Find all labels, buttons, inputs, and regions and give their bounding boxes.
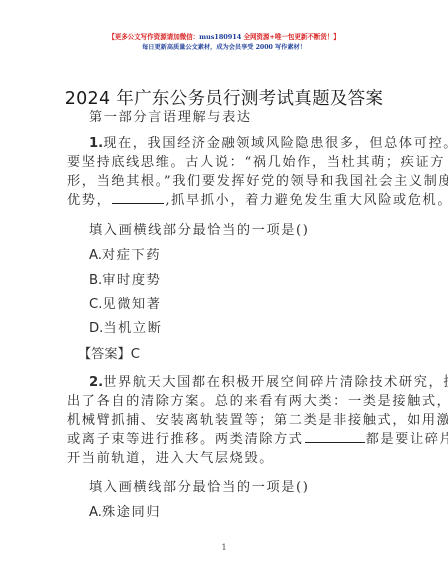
answer-value: C [131, 347, 140, 362]
fill-blank [112, 191, 164, 204]
promo-wechat-id: mus180914 [199, 33, 241, 41]
promo-banner-line2: 每日更新高质量公文素材，成为会员享受 2000 写作素材！ [0, 42, 448, 51]
page-number: 1 [0, 543, 448, 552]
document-title: 2024 年广东公务员行测考试真题及答案 [0, 85, 448, 110]
promo-text-left: 【更多公文写作资源请加微信： [108, 33, 199, 41]
promo-banner-line1: 【更多公文写作资源请加微信：mus180914 全网资源+唯一包更新不断货！】 [0, 31, 448, 41]
q2-line-3: 机械臂抓捕、安装离轨装置等；第二类是非接触式，如用激光 [67, 411, 385, 430]
promo-text-right: 全网资源+唯一包更新不断货！】 [241, 33, 340, 41]
q1-option-b: B.审时度势 [89, 271, 407, 290]
section-heading: 第一部分言语理解与表达 [89, 108, 407, 127]
q1-line-2: 要坚持底线思维。古人说：“祸几始作，当杜其萌；疾证方 [67, 153, 385, 172]
q1-number: 1. [89, 136, 103, 151]
q1-prompt: 填入画横线部分最恰当的一项是() [89, 221, 407, 240]
q2-line-4: 或离子束等进行推移。两类清除方式都是要让碎片离 [67, 430, 385, 449]
q1-line-3: 形，当绝其根。”我们要发挥好党的领导和我国社会主义制度 [67, 172, 385, 191]
q2-line-1: 2.世界航天大国都在积极开展空间碎片清除技术研究，提 [89, 373, 407, 392]
q1-option-c: C.见微知著 [89, 295, 407, 314]
q1-option-a: A.对症下药 [89, 246, 407, 265]
q1-line-4: 优势，,抓早抓小，着力避免发生重大风险或危机。 [67, 191, 385, 210]
q1-option-d: D.当机立断 [89, 319, 407, 338]
q2-option-a: A.殊途同归 [89, 503, 407, 522]
q2-line-2: 出了各自的清除方案。总的来看有两大类：一类是接触式，如 [67, 392, 385, 411]
q2-prompt: 填入画横线部分最恰当的一项是() [89, 478, 407, 497]
q1-answer: 【答案】C [78, 345, 396, 364]
document-page: 【更多公文写作资源请加微信：mus180914 全网资源+唯一包更新不断货！】 … [0, 0, 448, 580]
q2-number: 2. [89, 375, 103, 390]
fill-blank [305, 430, 365, 443]
q1-line-1: 1.现在，我国经济金融领域风险隐患很多，但总体可控。 [89, 134, 407, 153]
q2-line-5: 开当前轨道，进入大气层烧毁。 [67, 449, 385, 468]
